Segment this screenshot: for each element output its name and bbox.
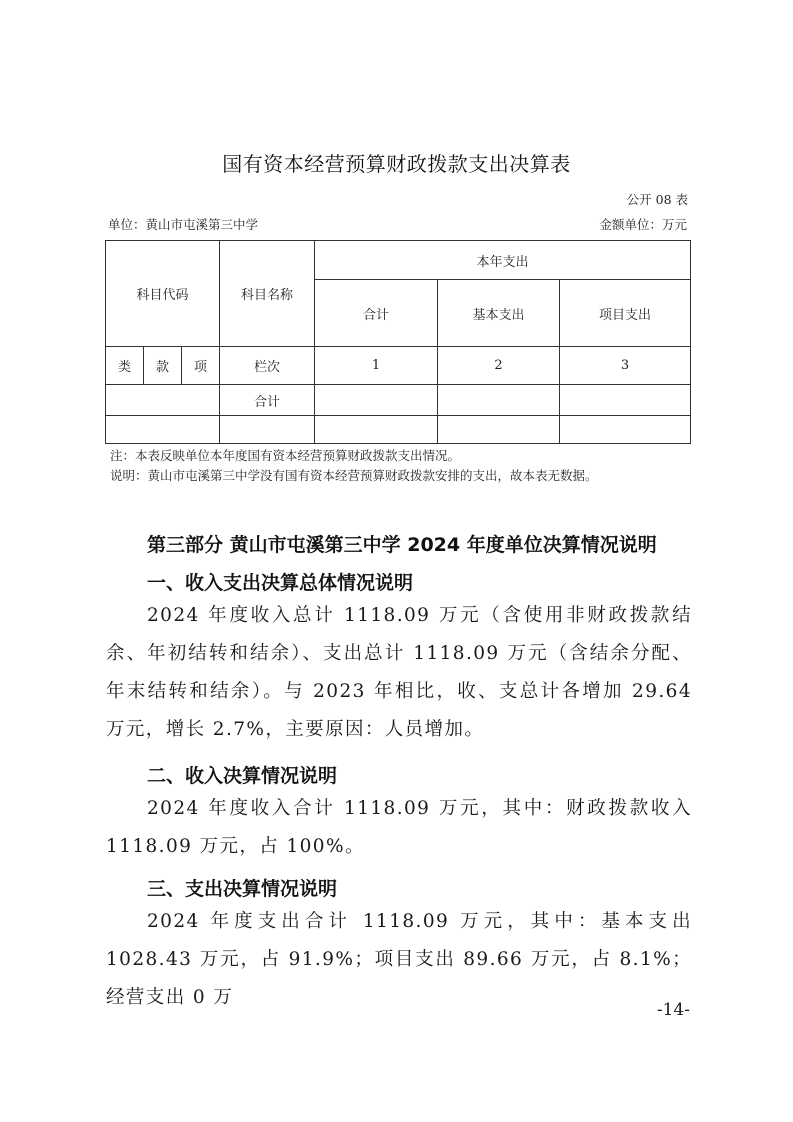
table-row: 合计 [106,385,691,416]
subheader-col3: 3 [560,347,691,385]
table-row [106,416,691,444]
section3-heading: 三、支出决算情况说明 [147,874,337,901]
table-title: 国有资本经营预算财政拨款支出决算表 [0,148,793,177]
header-code: 科目代码 [106,241,220,347]
subheader-column-no: 栏次 [220,347,315,385]
subheader-section: 款 [144,347,182,385]
row-name [220,416,315,444]
page-number: -14- [657,1000,690,1020]
subheader-item: 项 [182,347,220,385]
header-basic: 基本支出 [438,280,560,347]
subheader-col1: 1 [315,347,438,385]
row-total [315,416,438,444]
header-project: 项目支出 [560,280,691,347]
section2-body: 2024 年度收入合计 1118.09 万元，其中：财政拨款收入 1118.09… [106,790,692,866]
section3-body: 2024 年度支出合计 1118.09 万元，其中：基本支出 1028.43 万… [106,903,692,1017]
row-basic [438,385,560,416]
table-explanation: 说明：黄山市屯溪第三中学没有国有资本经营预算财政拨款安排的支出，故本表无数据。 [110,466,598,484]
subheader-class: 类 [106,347,144,385]
form-number: 公开 08 表 [627,190,688,208]
row-project [560,416,691,444]
row-name: 合计 [220,385,315,416]
header-name: 科目名称 [220,241,315,347]
subheader-col2: 2 [438,347,560,385]
header-current-year: 本年支出 [315,241,691,280]
expenditure-table: 科目代码 科目名称 本年支出 合计 基本支出 项目支出 类 款 项 栏次 1 2… [105,240,691,444]
row-basic [438,416,560,444]
part-title: 第三部分 黄山市屯溪第三中学 2024 年度单位决算情况说明 [147,530,657,557]
row-code [106,416,220,444]
section1-body: 2024 年度收入总计 1118.09 万元（含使用非财政拨款结余、年初结转和结… [106,597,692,749]
section2-heading: 二、收入决算情况说明 [147,761,337,788]
row-project [560,385,691,416]
money-unit-label: 金额单位：万元 [599,215,687,233]
unit-label: 单位：黄山市屯溪第三中学 [108,215,258,233]
row-code [106,385,220,416]
row-total [315,385,438,416]
header-total: 合计 [315,280,438,347]
section1-heading: 一、收入支出决算总体情况说明 [147,568,413,595]
table-note: 注：本表反映单位本年度国有资本经营预算财政拨款支出情况。 [110,446,460,464]
